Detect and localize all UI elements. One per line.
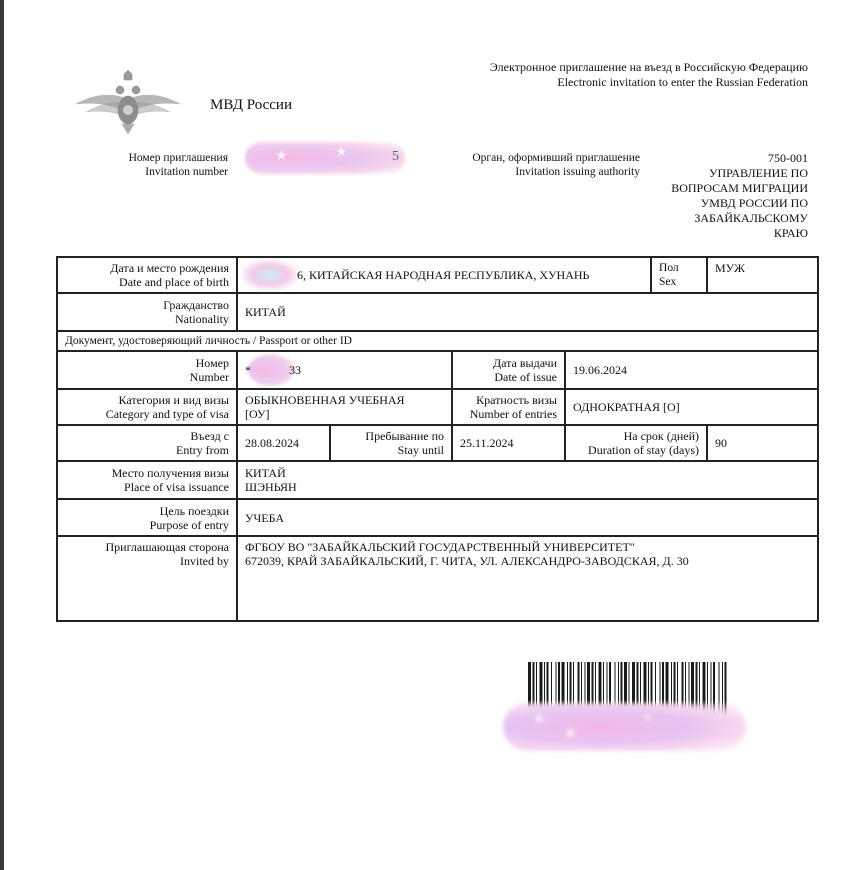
sex-value: МУЖ	[707, 257, 818, 293]
issue-date-label: Дата выдачиDate of issue	[452, 351, 565, 389]
invitation-number-label: Номер приглашения Invitation number	[100, 151, 228, 179]
row-birth: Дата и место рожденияDate and place of b…	[57, 257, 818, 293]
label-en: Invitation number	[100, 165, 228, 179]
ministry-name: МВД России	[210, 97, 292, 114]
authority-line: УПРАВЛЕНИЕ ПО	[671, 166, 808, 181]
stay-until-value: 25.11.2024	[452, 425, 565, 461]
row-purpose: Цель поездкиPurpose of entry УЧЕБА	[57, 499, 818, 536]
label-ru: Орган, оформивший приглашение	[440, 151, 640, 165]
invited-by-label: Приглашающая сторонаInvited by	[57, 536, 237, 621]
birth-label: Дата и место рожденияDate and place of b…	[57, 257, 237, 293]
authority-line: ВОПРОСАМ МИГРАЦИИ	[671, 181, 808, 196]
authority-line: ЗАБАЙКАЛЬСКОМУ	[671, 211, 808, 226]
sex-label: ПолSex	[651, 257, 707, 293]
row-visa-place: Место получения визыPlace of visa issuan…	[57, 461, 818, 499]
authority-label: Орган, оформивший приглашение Invitation…	[440, 151, 640, 179]
title-ru: Электронное приглашение на въезд в Росси…	[490, 60, 808, 75]
double-headed-eagle-icon	[74, 70, 182, 136]
passport-number-redacted: *33	[237, 351, 452, 389]
birth-value: 6, КИТАЙСКАЯ НАРОДНАЯ РЕСПУБЛИКА, ХУНАНЬ	[237, 257, 651, 293]
nationality-value: КИТАЙ	[237, 293, 818, 331]
label-en: Invitation issuing authority	[440, 165, 640, 179]
invitation-details-table: Дата и место рожденияDate and place of b…	[56, 256, 819, 622]
row-nationality: ГражданствоNationality КИТАЙ	[57, 293, 818, 331]
visa-place-label: Место получения визыPlace of visa issuan…	[57, 461, 237, 499]
document-title: Электронное приглашение на въезд в Росси…	[490, 60, 808, 90]
entry-from-value: 28.08.2024	[237, 425, 330, 461]
entry-from-label: Въезд сEntry from	[57, 425, 237, 461]
purpose-value: УЧЕБА	[237, 499, 818, 536]
issue-date-value: 19.06.2024	[565, 351, 818, 389]
nationality-label: ГражданствоNationality	[57, 293, 237, 331]
duration-value: 90	[707, 425, 818, 461]
title-en: Electronic invitation to enter the Russi…	[490, 75, 808, 90]
duration-label: На срок (дней)Duration of stay (days)	[565, 425, 707, 461]
visa-type-value: ОБЫКНОВЕННАЯ УЧЕБНАЯ[ОУ]	[237, 389, 452, 425]
entries-label: Кратность визыNumber of entries	[452, 389, 565, 425]
row-invited-by: Приглашающая сторонаInvited by ФГБОУ ВО …	[57, 536, 818, 621]
authority-line: УМВД РОССИИ ПО	[671, 196, 808, 211]
invitation-number-redacted: ★ ★ 5	[245, 142, 405, 174]
label-ru: Номер приглашения	[100, 151, 228, 165]
row-document-header: Документ, удостоверяющий личность / Pass…	[57, 331, 818, 351]
authority-value: 750-001 УПРАВЛЕНИЕ ПО ВОПРОСАМ МИГРАЦИИ …	[671, 151, 808, 241]
document-section-header: Документ, удостоверяющий личность / Pass…	[57, 331, 818, 351]
row-visa-type: Категория и вид визыCategory and type of…	[57, 389, 818, 425]
visa-place-value: КИТАЙШЭНЬЯН	[237, 461, 818, 499]
row-number: НомерNumber *33 Дата выдачиDate of issue…	[57, 351, 818, 389]
purpose-label: Цель поездкиPurpose of entry	[57, 499, 237, 536]
invited-by-value: ФГБОУ ВО "ЗАБАЙКАЛЬСКИЙ ГОСУДАРСТВЕННЫЙ …	[237, 536, 818, 621]
number-label: НомерNumber	[57, 351, 237, 389]
barcode-redaction: ★ ★ ★	[503, 703, 746, 751]
entries-value: ОДНОКРАТНАЯ [О]	[565, 389, 818, 425]
stay-until-label: Пребывание поStay until	[330, 425, 452, 461]
authority-code: 750-001	[671, 151, 808, 166]
visa-type-label: Категория и вид визыCategory and type of…	[57, 389, 237, 425]
authority-line: КРАЮ	[671, 226, 808, 241]
row-dates: Въезд сEntry from 28.08.2024 Пребывание …	[57, 425, 818, 461]
invitation-number-value: 5	[392, 149, 399, 165]
window-left-edge	[0, 0, 4, 870]
